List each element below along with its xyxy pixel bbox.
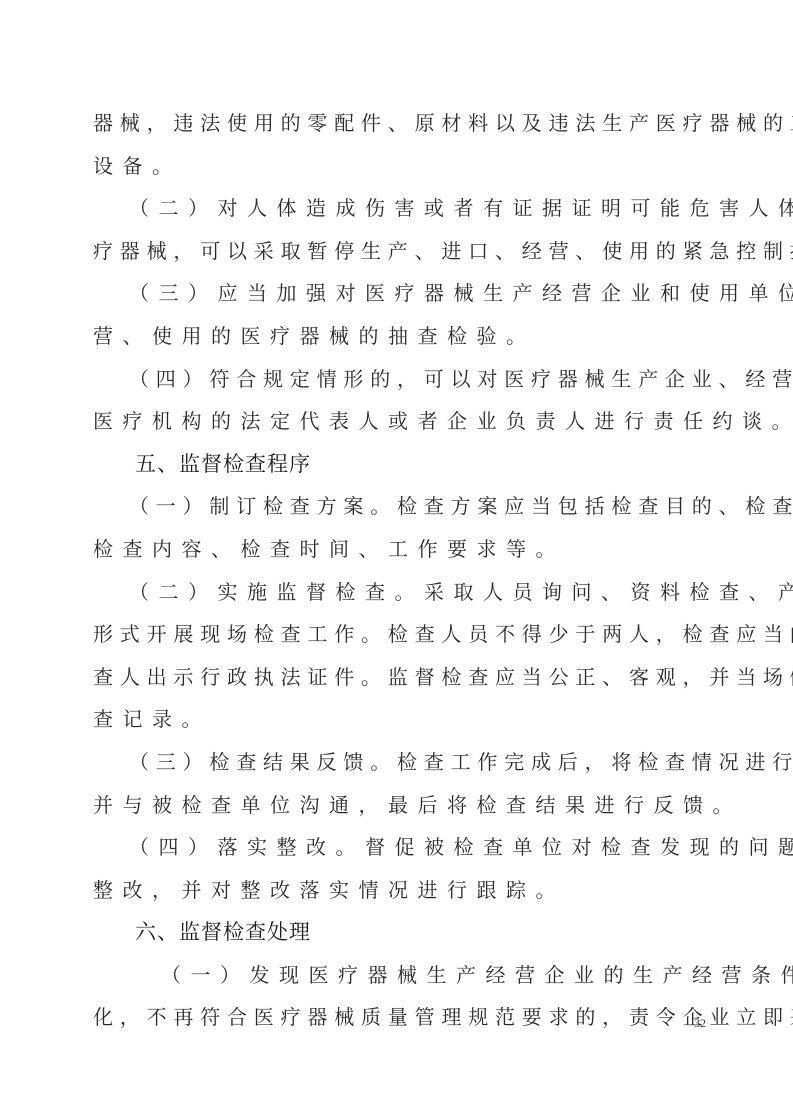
text-line: （一）制订检查方案。检查方案应当包括检查目的、检查对象、 [93, 485, 705, 528]
document-page: 器械，违法使用的零配件、原材料以及违法生产医疗器械的工具、 设备。 （二）对人体… [93, 102, 705, 1039]
text-line: （二）实施监督检查。采取人员询问、资料检查、产品抽查等 [93, 571, 705, 614]
page-number: 32 [694, 1016, 706, 1031]
text-line: （一）发现医疗器械生产经营企业的生产经营条件发生变 [93, 954, 705, 997]
text-line: （三）检查结果反馈。检查工作完成后，将检查情况进行汇总， [93, 741, 705, 784]
text-line: 并与被检查单位沟通，最后将检查结果进行反馈。 [93, 784, 705, 827]
text-line: 查记录。 [93, 698, 705, 741]
text-line: （二）对人体造成伤害或者有证据证明可能危害人体健康的医 [93, 187, 705, 230]
text-line: （四）符合规定情形的，可以对医疗器械生产企业、经营企业、 [93, 358, 705, 401]
text-line: 整改，并对整改落实情况进行跟踪。 [93, 869, 705, 912]
text-line: 检查内容、检查时间、工作要求等。 [93, 528, 705, 571]
text-line: 疗器械，可以采取暂停生产、进口、经营、使用的紧急控制措施。 [93, 230, 705, 273]
section-heading-6: 六、监督检查处理 [93, 911, 705, 954]
text-line: 营、使用的医疗器械的抽查检验。 [93, 315, 705, 358]
text-line: 化，不再符合医疗器械质量管理规范要求的，责令企业立即采取整 [93, 996, 705, 1039]
text-line: 器械，违法使用的零配件、原材料以及违法生产医疗器械的工具、 [93, 102, 705, 145]
text-line: 设备。 [93, 145, 705, 188]
text-line: （四）落实整改。督促被检查单位对检查发现的问题及时完成 [93, 826, 705, 869]
text-line: 查人出示行政执法证件。监督检查应当公正、客观，并当场做好检 [93, 656, 705, 699]
text-line: 形式开展现场检查工作。检查人员不得少于两人，检查应当向被检 [93, 613, 705, 656]
section-heading-5: 五、监督检查程序 [93, 443, 705, 486]
text-line: 医疗机构的法定代表人或者企业负责人进行责任约谈。 [93, 400, 705, 443]
text-line: （三）应当加强对医疗器械生产经营企业和使用单位生产、经 [93, 272, 705, 315]
